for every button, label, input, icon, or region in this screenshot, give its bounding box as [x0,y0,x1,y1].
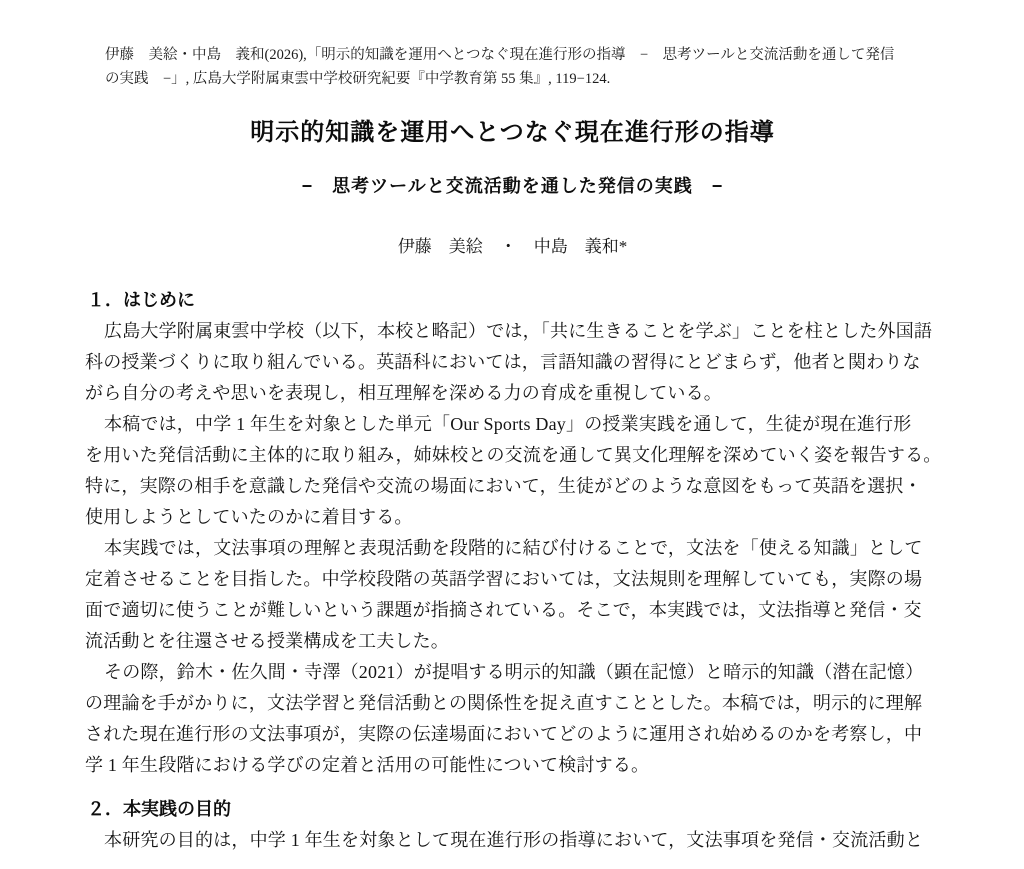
body-text-line: その際，鈴木・佐久間・寺澤（2021）が提唱する明示的知識（顕在記憶）と暗示的知… [85,657,940,688]
body-text-line: 使用しようとしていたのかに着目する。 [85,502,940,533]
body-text-line: 本研究の目的は，中学 1 年生を対象として現在進行形の指導において，文法事項を発… [85,825,940,856]
body-text-line: 特に，実際の相手を意識した発信や交流の場面において，生徒がどのような意図をもって… [85,471,940,502]
section-heading-2: ２．本実践の目的 [87,795,940,823]
body-text-line: 定着させることを目指した。中学校段階の英語学習においては，文法規則を理解していて… [85,564,940,595]
body-text-line: を用いた発信活動に主体的に取り組み，姉妹校との交流を通して異文化理解を深めていく… [85,440,940,471]
body-text-line: された現在進行形の文法事項が，実際の伝達場面においてどのように運用され始めるのか… [85,719,940,750]
citation-block: 伊藤 美絵・中島 義和(2026),「明示的知識を運用へとつなぐ現在進行形の指導… [105,43,926,91]
body-text-line: の理論を手がかりに，文法学習と発信活動との関係性を捉え直すこととした。本稿では，… [85,688,940,719]
paper-authors: 伊藤 美絵 ・ 中島 義和* [85,235,940,259]
body-text-line: がら自分の考えや思いを表現し，相互理解を深める力の育成を重視している。 [85,378,940,409]
body-text-line: 学 1 年生段階における学びの定着と活用の可能性について検討する。 [85,750,940,781]
section-heading-1: １．はじめに [87,286,940,314]
paper-title: 明示的知識を運用へとつなぐ現在進行形の指導 [85,118,940,148]
citation-line-1: 伊藤 美絵・中島 義和(2026),「明示的知識を運用へとつなぐ現在進行形の指導… [105,43,926,67]
body-text-line: 本稿では，中学 1 年生を対象とした単元「Our Sports Day」の授業実… [85,409,940,440]
paper-subtitle: − 思考ツールと交流活動を通した発信の実践 − [85,173,940,199]
body-text-line: 流活動とを往還させる授業構成を工夫した。 [85,626,940,657]
body-text-line: 本実践では，文法事項の理解と表現活動を段階的に結び付けることで，文法を「使える知… [85,533,940,564]
citation-line-2: の実践 −」, 広島大学附属東雲中学校研究紀要『中学教育第 55 集』, 119… [105,67,926,91]
paper-page: 伊藤 美絵・中島 義和(2026),「明示的知識を運用へとつなぐ現在進行形の指導… [0,0,1024,869]
body-text-line: 面で適切に使うことが難しいという課題が指摘されている。そこで，本実践では，文法指… [85,595,940,626]
body-text-line: 広島大学附属東雲中学校（以下，本校と略記）では，「共に生きることを学ぶ」ことを柱… [85,316,940,347]
body-text-line: 科の授業づくりに取り組んでいる。英語科においては，言語知識の習得にとどまらず，他… [85,347,940,378]
document-body: １．はじめに広島大学附属東雲中学校（以下，本校と略記）では，「共に生きることを学… [85,286,940,856]
